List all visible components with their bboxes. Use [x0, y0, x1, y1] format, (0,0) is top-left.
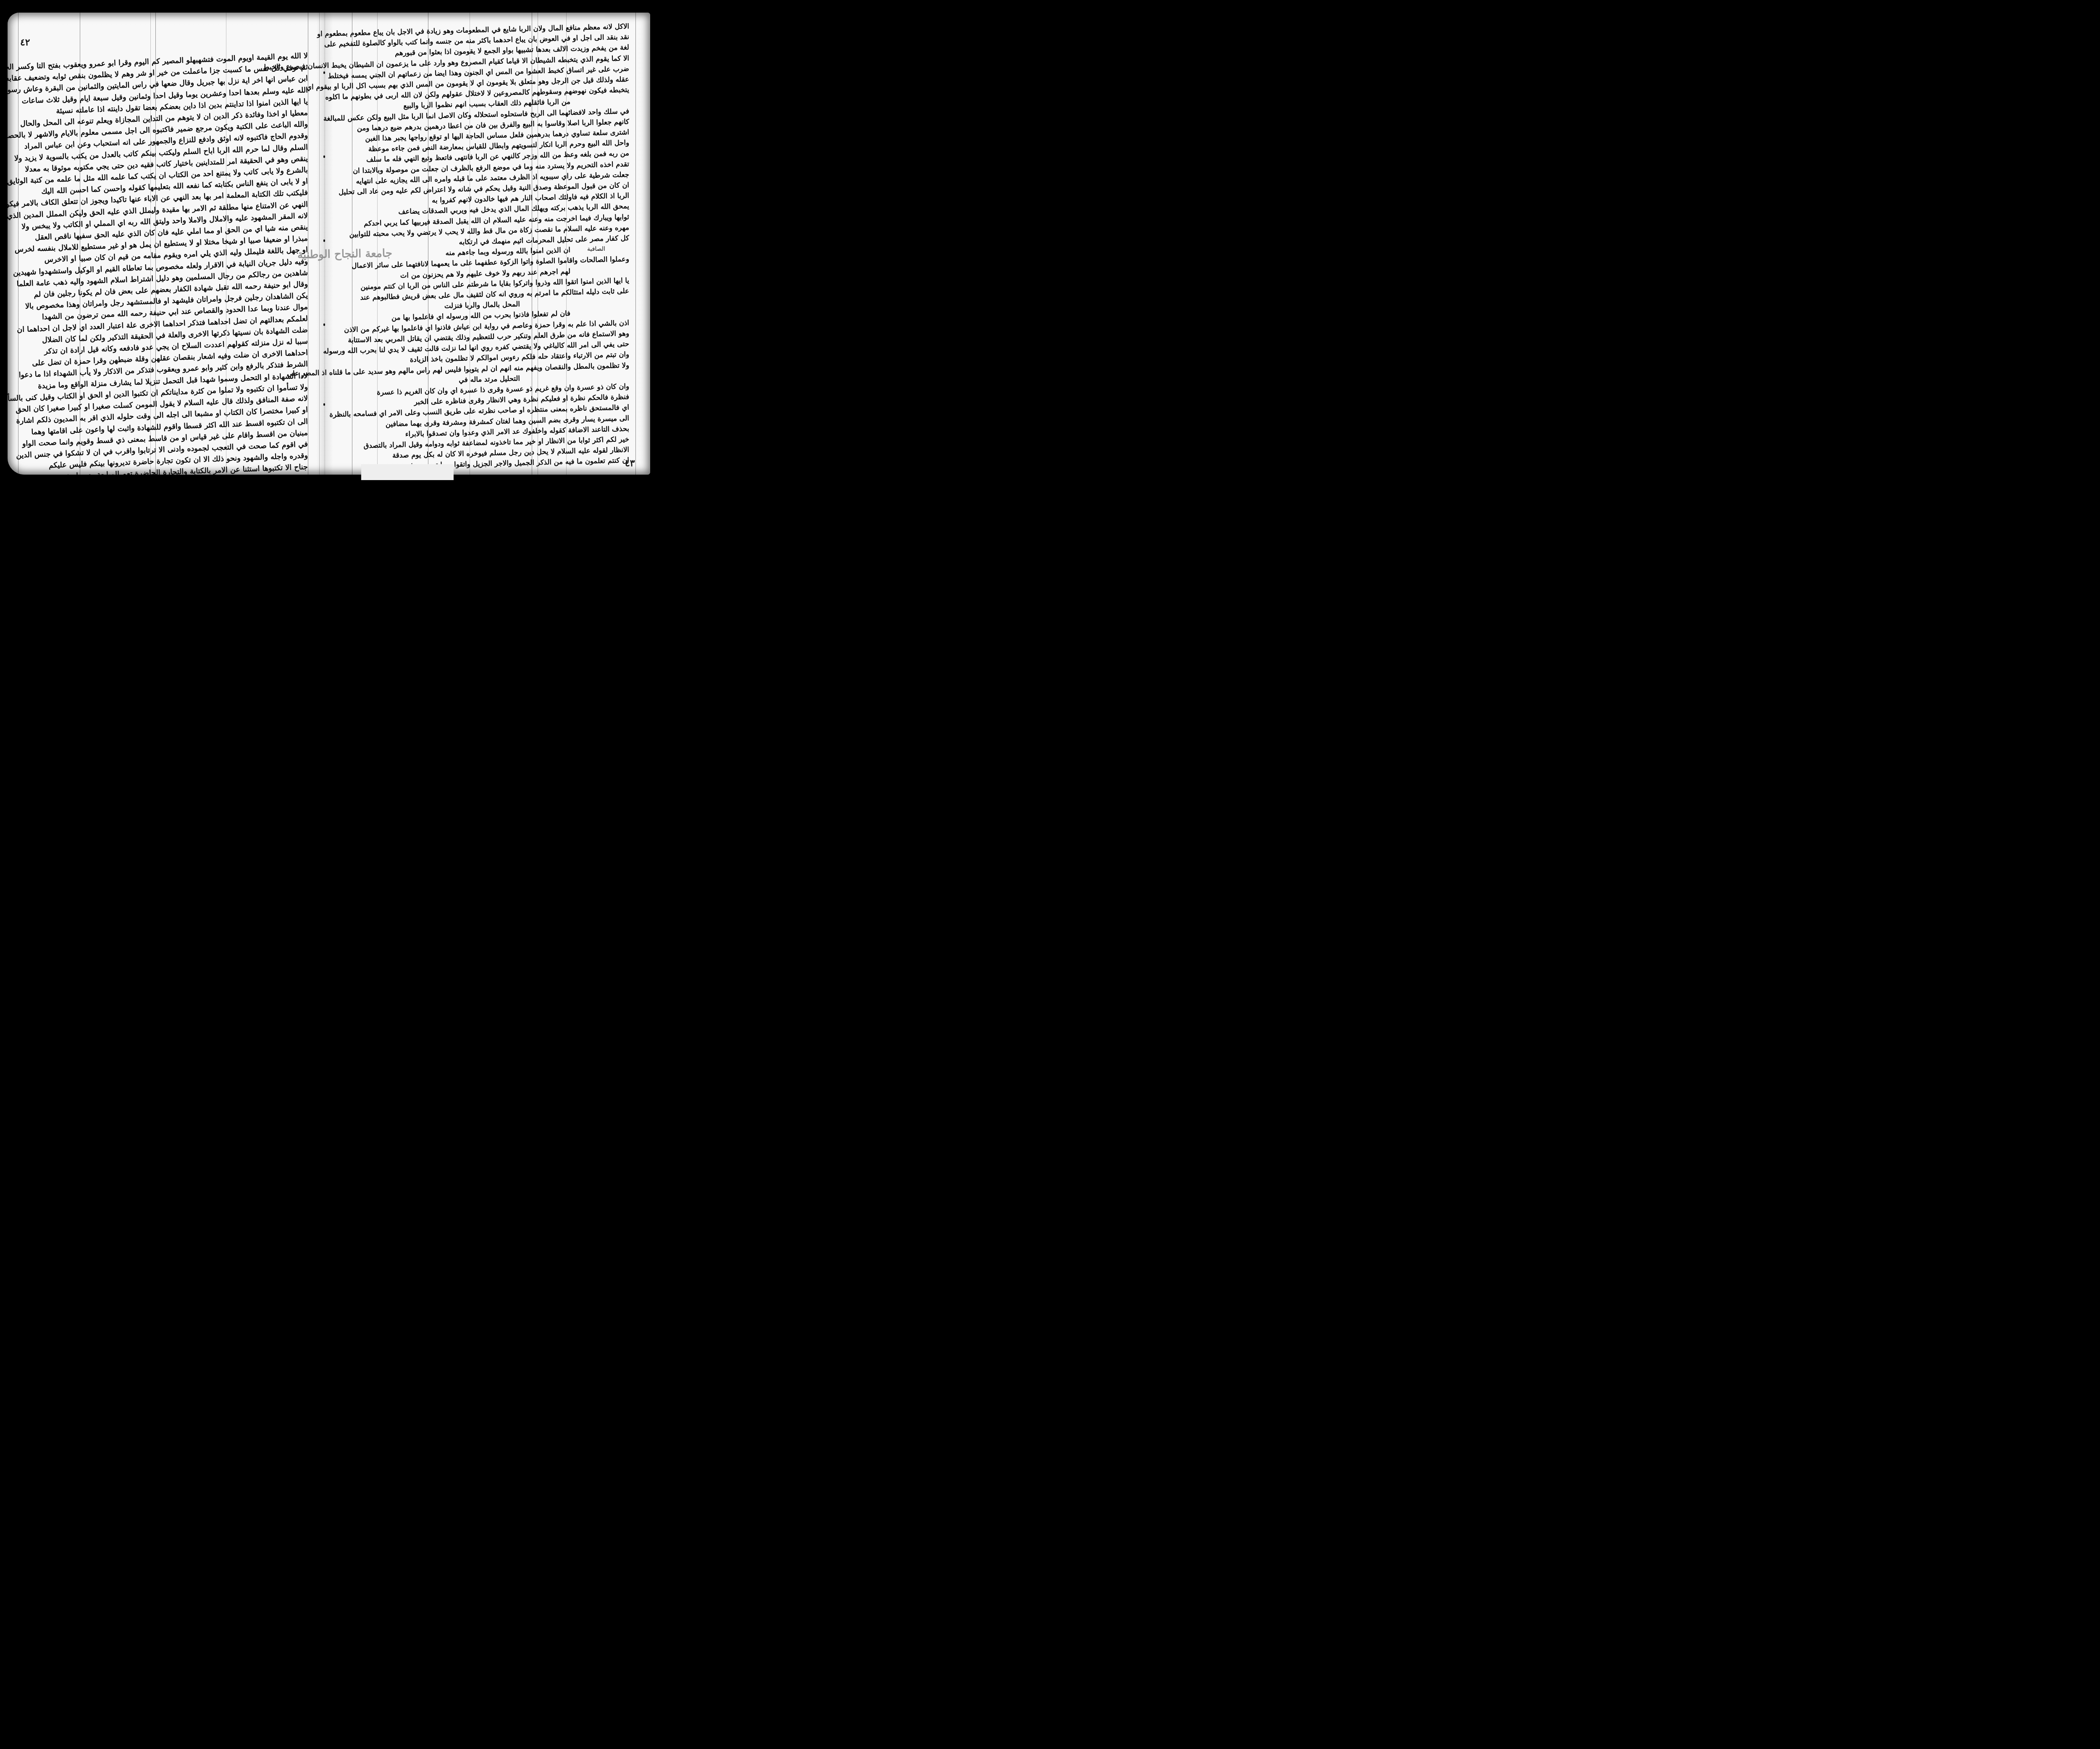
gutter-mark	[323, 71, 325, 74]
gutter-mark	[323, 155, 325, 158]
gutter-mark	[323, 239, 325, 242]
scanner-light-strip	[361, 464, 454, 480]
right-page-text: الاكل لانه معظم منافع المال ولان الربا ش…	[339, 21, 629, 466]
scanner-background: ٤٢ ٤٣ الصافية لا الله يوم القيمة اويوم ا…	[0, 0, 659, 480]
left-page-text: لا الله يوم القيمة اويوم الموت فتشهبهلو …	[56, 50, 308, 473]
gutter-mark	[323, 403, 325, 406]
folio-number-left: ٤٢	[20, 37, 30, 48]
scan-line	[635, 13, 636, 475]
library-watermark: جامعة النجاح الوطنية	[297, 247, 392, 261]
gutter-mark	[323, 323, 325, 326]
manuscript-spread: ٤٢ ٤٣ الصافية لا الله يوم القيمة اويوم ا…	[8, 13, 650, 475]
